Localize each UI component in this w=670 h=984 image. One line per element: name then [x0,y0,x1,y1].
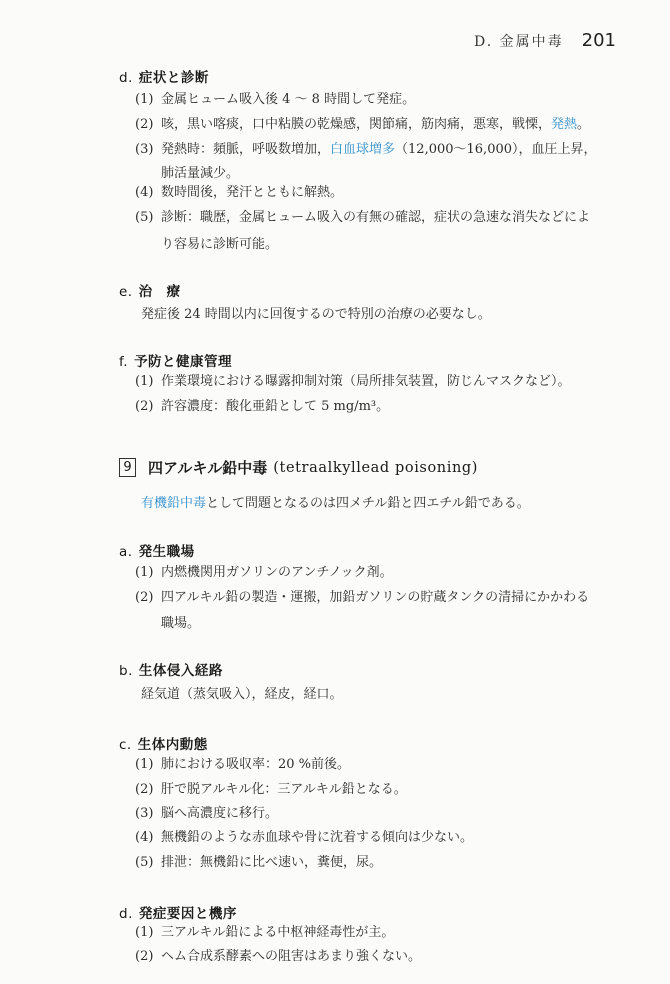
heading-entry-routes: b.生体侵入経路 [119,659,223,679]
list-item: (3)脳へ高濃度に移行。 [135,806,278,822]
paragraph: 経気道（蒸気吸入），経皮，経口。 [141,683,343,702]
heading-symptoms-diagnosis: d.症状と診断 [119,66,209,86]
heading-treatment: e.治 療 [119,280,181,300]
heading-mechanism: d.発症要因と機序 [119,902,237,922]
list-item: (2)咳，黒い喀痰，口中粘膜の乾燥感，関節痛，筋肉痛，悪寒，戦慄，発熱。 [135,117,590,133]
list-item: (3)発熱時：頻脈，呼吸数増加，白血球増多（12,000〜16,000），血圧上… [135,142,597,158]
list-item: (2)四アルキル鉛の製造・運搬，加鉛ガソリンの貯蔵タンクの清掃にかかわる [135,590,589,606]
list-item-continuation: 職場。 [161,612,200,631]
list-item-continuation: 肺活量減少。 [161,162,239,181]
list-item: (1)金属ヒューム吸入後 4 〜 8 時間して発症。 [135,92,415,108]
heading-workplaces: a.発生職場 [119,540,195,560]
list-item-continuation: り容易に診断可能。 [161,233,278,252]
highlight-term: 発熱 [551,117,577,132]
list-item: (1)肺における吸収率：20 %前後。 [135,757,350,773]
list-item: (5)排泄：無機鉛に比べ速い，糞便，尿。 [135,855,382,871]
list-item: (1)内燃機関用ガソリンのアンチノック剤。 [135,565,393,581]
list-item: (4)数時間後，発汗とともに解熱。 [135,185,343,201]
section-9-title: 9 四アルキル鉛中毒 (tetraalkyllead poisoning) [119,457,478,478]
section-intro: 有機鉛中毒として問題となるのは四メチル鉛と四エチル鉛である。 [141,492,530,511]
highlight-term: 白血球増多 [330,142,395,157]
list-item: (2)許容濃度：酸化亜鉛として 5 mg/m³。 [135,399,389,415]
list-item: (1)三アルキル鉛による中枢神経毒性が主。 [135,925,394,941]
heading-kinetics: c.生体内動態 [119,733,208,753]
list-item: (2)ヘム合成系酵素への阻害はあまり強くない。 [135,949,421,965]
running-head: D. 金属中毒 201 [474,30,616,51]
section-number-box: 9 [119,458,136,477]
paragraph: 発症後 24 時間以内に回復するので特別の治療の必要なし。 [141,303,491,322]
page-number: 201 [582,30,616,51]
heading-prevention: f.予防と健康管理 [119,350,232,370]
list-item: (1)作業環境における曝露抑制対策（局所排気装置，防じんマスクなど）。 [135,374,571,390]
highlight-term: 有機鉛中毒 [141,496,206,511]
chapter-title: D. 金属中毒 [474,31,564,51]
list-item: (4)無機鉛のような赤血球や骨に沈着する傾向は少ない。 [135,830,473,846]
list-item: (2)肝で脱アルキル化：三アルキル鉛となる。 [135,782,407,798]
list-item: (5)診断：職歴，金属ヒューム吸入の有無の確認，症状の急速な消失などによ [135,210,590,226]
